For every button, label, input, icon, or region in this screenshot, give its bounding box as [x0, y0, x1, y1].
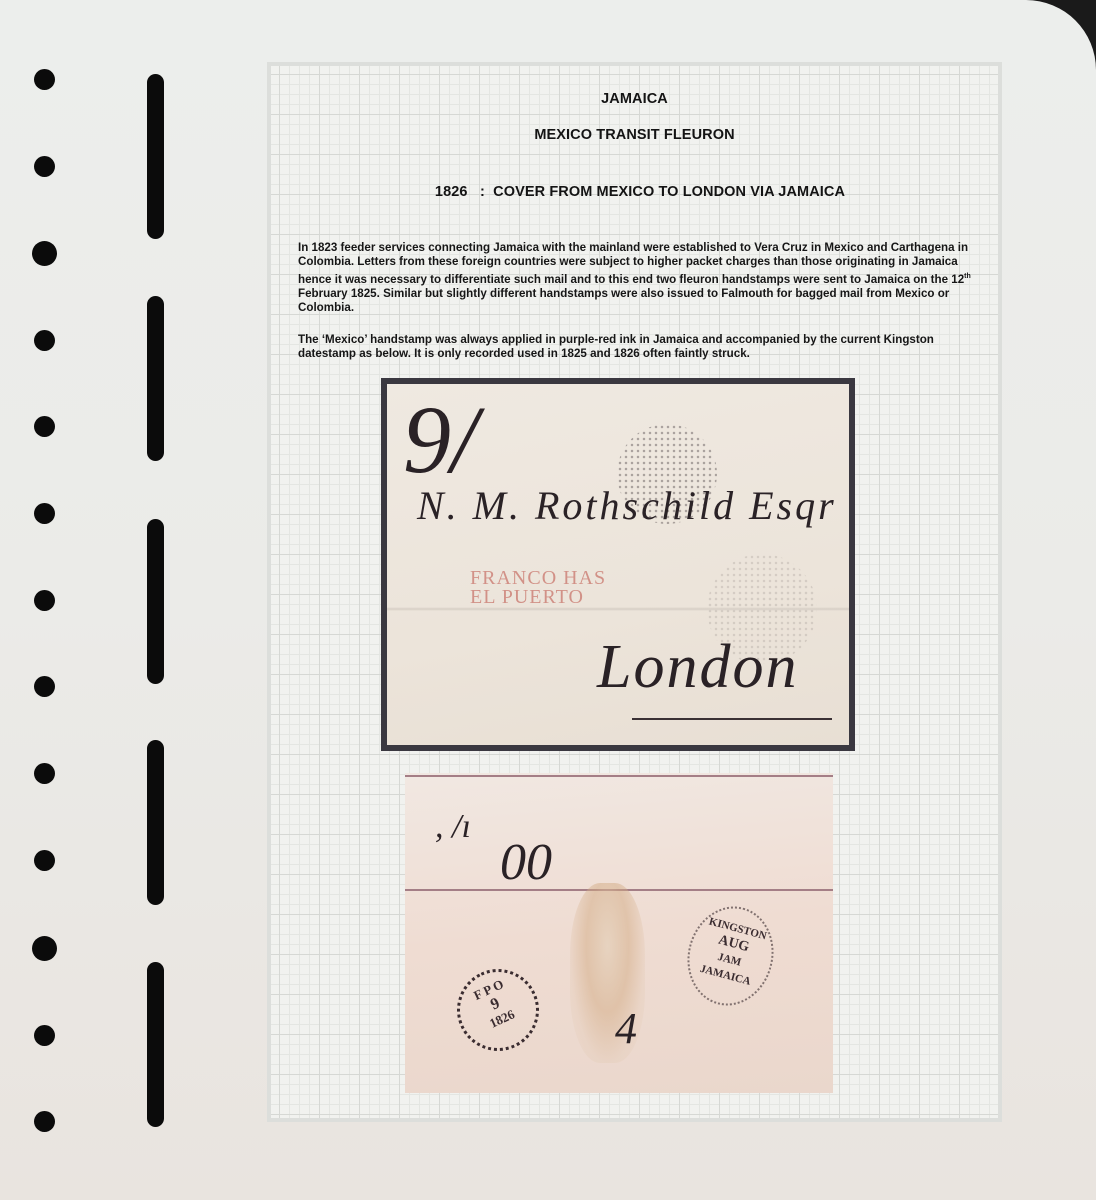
flap-edge	[405, 775, 833, 777]
cover-back-image: , /ı 00 4 F P O 9 1826 KINGSTON AUG JAM …	[405, 773, 833, 1093]
page-title: JAMAICA	[267, 91, 1002, 107]
rate-mark: 9/	[403, 384, 478, 495]
addressee: N. M. Rothschild Esqr	[417, 482, 837, 529]
punch-hole	[34, 156, 55, 177]
manuscript-mark: , /ı	[435, 808, 471, 846]
punch-slot	[147, 296, 164, 461]
description-paragraph-2: The ‘Mexico’ handstamp was always applie…	[298, 333, 978, 362]
punch-hole	[34, 850, 55, 871]
punch-slot	[147, 519, 164, 684]
paragraph-text: In 1823 feeder services connecting Jamai…	[298, 241, 968, 285]
punch-hole	[32, 241, 57, 266]
kingston-jamaica-datestamp: KINGSTON AUG JAM JAMAICA	[677, 897, 785, 1016]
fold-line	[387, 607, 849, 611]
punch-slot	[147, 962, 164, 1127]
cover-front: 9/ N. M. Rothschild Esqr FRANCO HAS EL P…	[387, 384, 849, 745]
punch-hole	[34, 1025, 55, 1046]
manuscript-loops: 00	[500, 833, 552, 892]
page-subtitle: MEXICO TRANSIT FLEURON	[267, 127, 1002, 143]
destination-underline	[632, 718, 832, 720]
punch-hole	[34, 69, 55, 90]
punch-hole	[34, 676, 55, 697]
item-heading: 1826 : COVER FROM MEXICO TO LONDON VIA J…	[300, 184, 980, 200]
punch-hole	[34, 330, 55, 351]
manuscript-rate: 4	[615, 1003, 637, 1054]
punch-hole	[34, 416, 55, 437]
punch-slot	[147, 74, 164, 239]
handstamp-line-2: EL PUERTO	[470, 588, 606, 607]
punch-hole	[34, 763, 55, 784]
punch-hole	[34, 1111, 55, 1132]
cover-front-image: 9/ N. M. Rothschild Esqr FRANCO HAS EL P…	[381, 378, 855, 751]
destination: London	[597, 632, 798, 703]
punch-slot	[147, 740, 164, 905]
franco-handstamp: FRANCO HAS EL PUERTO	[470, 569, 606, 607]
punch-hole	[34, 503, 55, 524]
london-fpo-datestamp: F P O 9 1826	[444, 956, 553, 1065]
paragraph-text: February 1825. Similar but slightly diff…	[298, 287, 949, 314]
punch-hole	[34, 590, 55, 611]
description-paragraph-1: In 1823 feeder services connecting Jamai…	[298, 241, 978, 315]
punch-hole	[32, 936, 57, 961]
ordinal-suffix: th	[964, 273, 971, 280]
album-page: JAMAICA MEXICO TRANSIT FLEURON 1826 : CO…	[0, 0, 1096, 1200]
